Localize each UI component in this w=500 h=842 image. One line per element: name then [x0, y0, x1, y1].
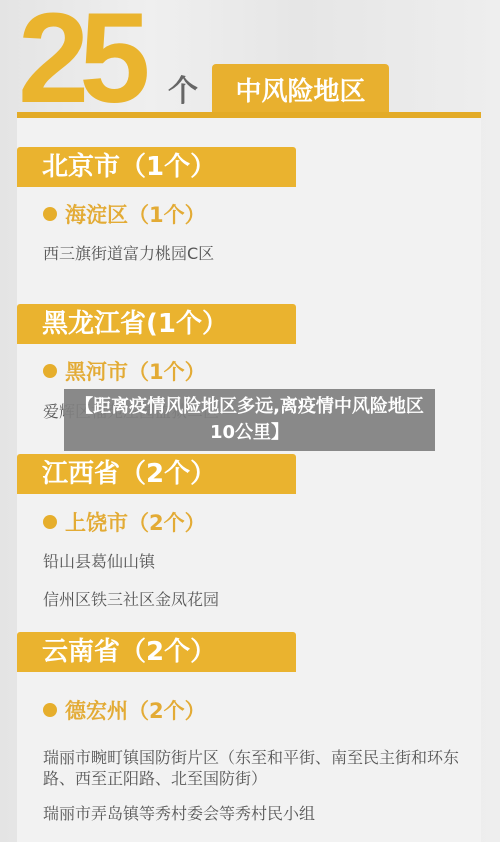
city-heihe: 黑河市（1个）	[43, 358, 206, 386]
section-header-beijing: 北京市（1个）	[17, 147, 296, 187]
city-haidian: 海淀区（1个）	[43, 201, 206, 229]
address-item: 瑞丽市弄岛镇等秀村委会等秀村民小组	[43, 803, 463, 824]
bullet-icon	[43, 703, 57, 717]
bullet-icon	[43, 364, 57, 378]
article-title-overlay[interactable]: 【距离疫情风险地区多远,离疫情中风险地区10公里】	[64, 389, 435, 451]
bullet-icon	[43, 207, 57, 221]
city-dehong: 德宏州（2个）	[43, 697, 206, 725]
city-label: 上饶市（2个）	[65, 511, 206, 535]
address-item: 瑞丽市畹町镇国防街片区（东至和平街、南至民主街和环东路、西至正阳路、北至国防街）	[43, 747, 468, 789]
city-label: 黑河市（1个）	[65, 360, 206, 384]
city-shangrao: 上饶市（2个）	[43, 509, 206, 537]
address-item: 铅山县葛仙山镇	[43, 551, 463, 572]
risk-level-tag: 中风险地区	[212, 64, 389, 114]
section-header-yunnan: 云南省（2个）	[17, 632, 296, 672]
bullet-icon	[43, 515, 57, 529]
risk-area-count: 25	[18, 4, 140, 114]
article-title: 【距离疫情风险地区多远,离疫情中风险地区10公里】	[74, 394, 425, 446]
address-item: 信州区铁三社区金凤花园	[43, 589, 463, 610]
address-item: 西三旗街道富力桃园C区	[43, 243, 463, 264]
header-divider	[17, 112, 481, 118]
section-header-heilongjiang: 黑龙江省(1个）	[17, 304, 296, 344]
section-header-jiangxi: 江西省（2个）	[17, 454, 296, 494]
city-label: 德宏州（2个）	[65, 699, 206, 723]
city-label: 海淀区（1个）	[65, 203, 206, 227]
count-unit: 个	[168, 72, 198, 112]
